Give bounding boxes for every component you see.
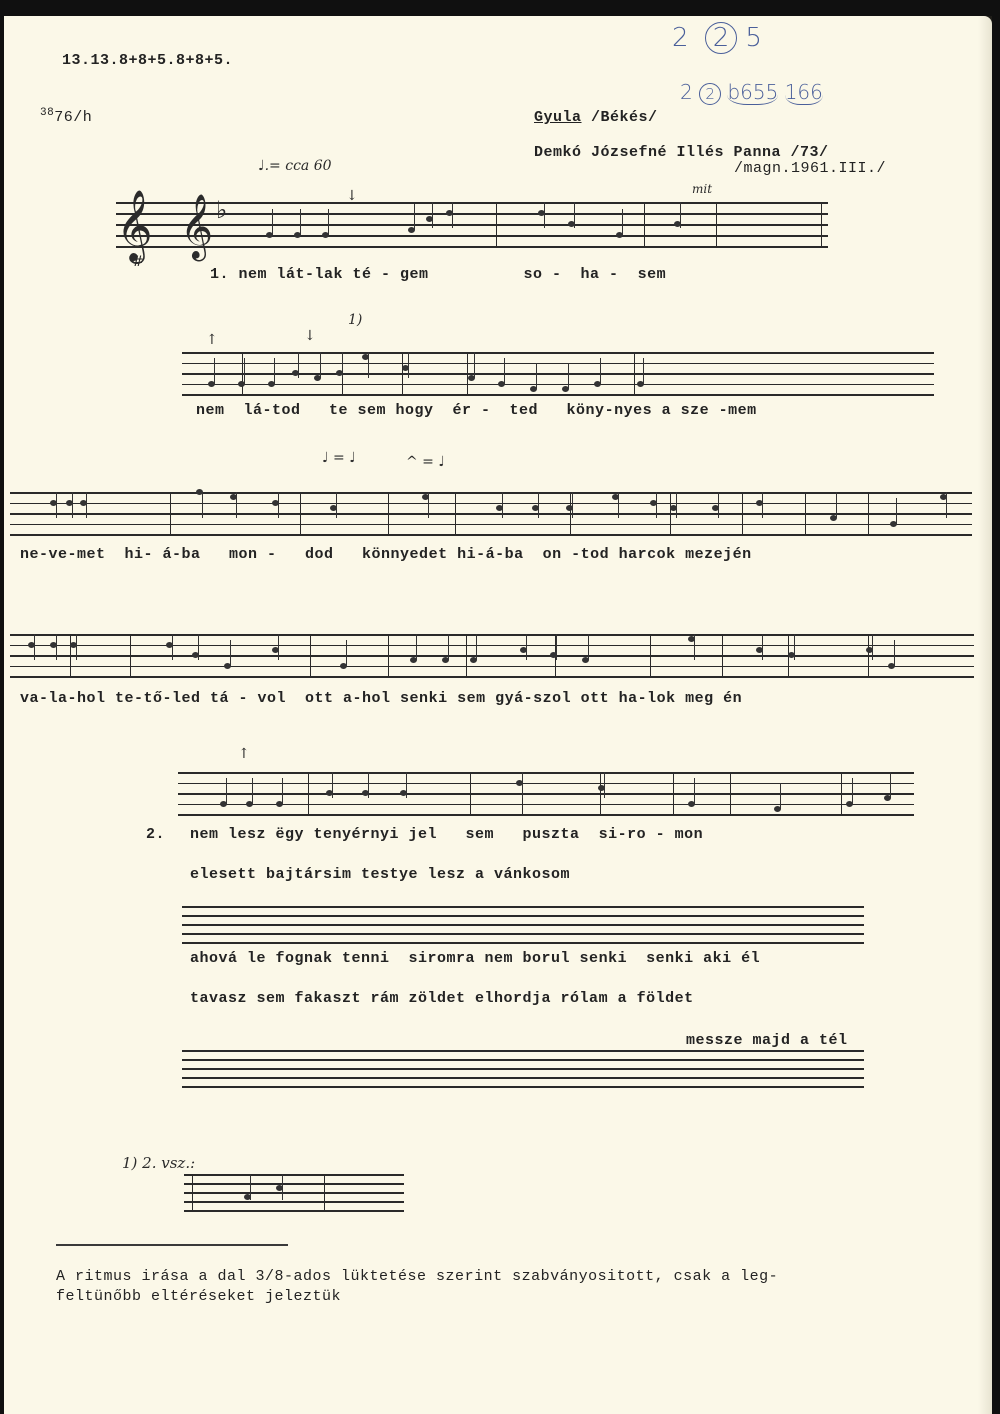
staff-line — [116, 235, 828, 237]
note-stem — [872, 634, 873, 660]
barline — [805, 492, 806, 534]
staff-line — [10, 492, 972, 494]
barline — [466, 634, 467, 676]
score-page: 13.13.8+8+5.8+8+5. 3876/h 2 2 5 2 2 b655… — [4, 16, 992, 1414]
note-stem — [342, 352, 343, 378]
note-stem — [694, 634, 695, 660]
note-stem — [416, 634, 417, 660]
staff-line — [184, 1201, 404, 1203]
note-stem — [762, 492, 763, 518]
note-stem — [56, 634, 57, 660]
note-stem — [278, 492, 279, 518]
sharp-icon: # — [132, 254, 144, 270]
staff-3 — [10, 492, 972, 534]
handwritten-mark: mit — [692, 182, 712, 196]
note-stem — [618, 492, 619, 518]
place-name: Gyula — [534, 109, 582, 126]
note-stem — [504, 358, 505, 384]
lyrics-line-5: nem lesz ëgy tenyérnyi jel sem puszta si… — [190, 826, 703, 843]
note-stem — [214, 358, 215, 384]
staff-line — [178, 783, 914, 785]
staff-line — [182, 1068, 864, 1070]
note-stem — [414, 204, 415, 230]
county-name: /Békés/ — [582, 109, 658, 126]
note-stem — [428, 492, 429, 518]
note-stem — [538, 492, 539, 518]
staff-line — [182, 942, 864, 944]
barline — [402, 352, 403, 394]
note-stem — [794, 634, 795, 660]
barline — [722, 634, 723, 676]
note-stem — [202, 492, 203, 518]
barline — [130, 634, 131, 676]
note-stem — [432, 202, 433, 228]
empty-staff-2 — [182, 1050, 864, 1086]
barline — [868, 492, 869, 534]
note-stem — [536, 363, 537, 389]
note-stem — [408, 352, 409, 378]
note-stem — [230, 640, 231, 666]
note-stem — [300, 209, 301, 235]
staff-line — [10, 676, 974, 678]
note-stem — [282, 778, 283, 804]
note-stem — [274, 358, 275, 384]
archive-code-f: 166 — [785, 80, 823, 105]
note-stem — [568, 363, 569, 389]
staff-line — [184, 1192, 404, 1194]
lyrics-line-4: va-la-hol te-tő-led tá - vol ott a-hol s… — [20, 690, 742, 707]
archive-code-e: b655 — [727, 80, 778, 105]
note-stem — [452, 202, 453, 228]
note-stem — [226, 778, 227, 804]
staff-5 — [178, 772, 914, 814]
note-stem — [946, 492, 947, 518]
note-stem — [278, 634, 279, 660]
archive-code-a: 2 — [672, 23, 689, 53]
staff-line — [10, 645, 974, 647]
barline — [310, 634, 311, 676]
note-stem — [588, 634, 589, 660]
note-stem — [250, 1174, 251, 1200]
verse2-line-3: tavasz sem fakaszt rám zöldet elhordja r… — [190, 990, 694, 1007]
treble-clef-icon: 𝄞 — [180, 194, 213, 260]
note-stem — [336, 492, 337, 518]
place-line: Gyula /Békés/ — [534, 109, 658, 126]
archive-code-d: 2 — [680, 80, 693, 104]
staff-line — [182, 906, 864, 908]
note-stem — [836, 492, 837, 518]
catalog-sup: 38 — [40, 107, 54, 119]
note-stem — [762, 634, 763, 660]
note-stem — [236, 492, 237, 518]
staff-line — [184, 1174, 404, 1176]
barline — [841, 772, 842, 814]
verse2-line-1: elesett bajtársim testye lesz a vánkosom — [190, 866, 570, 883]
tempo-equivalence-1: ♩ = ♩ — [322, 450, 356, 466]
staff-line — [116, 246, 828, 248]
note-stem — [448, 634, 449, 660]
footnote-line-1: A ritmus irása a dal 3/8-ados lüktetése … — [56, 1268, 778, 1285]
note-stem — [526, 634, 527, 660]
staff-line — [116, 224, 828, 226]
flat-icon: ♭ — [216, 196, 227, 224]
barline — [308, 772, 309, 814]
staff-line — [182, 1077, 864, 1079]
barline — [388, 634, 389, 676]
note-stem — [572, 492, 573, 518]
note-stem — [298, 352, 299, 378]
barline — [673, 772, 674, 814]
note-stem — [368, 772, 369, 798]
note-stem — [718, 492, 719, 518]
note-stem — [252, 778, 253, 804]
note-stem — [320, 352, 321, 378]
note-stem — [574, 202, 575, 228]
note-stem — [476, 634, 477, 660]
staff-line — [10, 524, 972, 526]
staff-line — [178, 793, 914, 795]
tempo-marking: ♩.= cca 60 — [258, 158, 332, 174]
note-stem — [406, 772, 407, 798]
note-stem — [282, 1174, 283, 1200]
note-stem — [34, 634, 35, 660]
note-stem — [622, 209, 623, 235]
note-stem — [198, 634, 199, 660]
performer-name: Demkó Józsefné Illés Panna /73/ — [534, 144, 829, 161]
staff-line — [178, 772, 914, 774]
arrow-down-icon: ↓ — [304, 328, 316, 344]
note-stem — [56, 492, 57, 518]
staff-line — [182, 384, 934, 386]
note-stem — [368, 352, 369, 378]
barline — [496, 202, 497, 246]
lyrics-line-3: ne-ve-met hi- á-ba mon - dod könnyedet h… — [20, 546, 752, 563]
footnote-ref: 1) — [348, 312, 362, 328]
archive-code-circled-small: 2 — [699, 83, 721, 105]
staff-line — [182, 1086, 864, 1088]
staff-line — [10, 655, 974, 657]
note-stem — [676, 492, 677, 518]
note-stem — [72, 492, 73, 518]
barline — [650, 634, 651, 676]
staff-line — [10, 503, 972, 505]
note-stem — [604, 772, 605, 798]
barline — [170, 492, 171, 534]
arrow-up-icon: ↑ — [206, 332, 218, 348]
note-stem — [474, 352, 475, 378]
staff-line — [178, 804, 914, 806]
lyrics-line-1: 1. nem lát-lak té - gem so - ha - sem — [210, 266, 666, 283]
staff-line — [182, 915, 864, 917]
note-stem — [172, 634, 173, 660]
footnote-variant-staff — [184, 1174, 404, 1210]
empty-staff-1 — [182, 906, 864, 942]
treble-clef-icon: 𝄞 — [116, 188, 153, 262]
note-stem — [522, 772, 523, 798]
staff-line — [182, 363, 934, 365]
note-stem — [600, 358, 601, 384]
archive-code-circled: 2 — [705, 22, 737, 54]
note-stem — [896, 498, 897, 524]
footnote-line-2: feltünőbb eltéréseket jeleztük — [56, 1288, 341, 1305]
tempo-equivalence-2: ^ = ♩ — [406, 454, 445, 470]
arrow-down-icon: ↓ — [346, 188, 358, 204]
note-stem — [852, 778, 853, 804]
barline — [70, 634, 71, 676]
verse2-line-2: ahová le fognak tenni siromra nem borul … — [190, 950, 760, 967]
barline — [470, 772, 471, 814]
barline — [600, 772, 601, 814]
barline — [868, 634, 869, 676]
archive-code-line2: 2 2 b655 166 — [680, 80, 823, 105]
barline — [300, 492, 301, 534]
verse2-line-4: messze majd a tél — [686, 1032, 848, 1049]
staff-line — [184, 1210, 404, 1212]
barline — [821, 202, 822, 246]
footnote-rule — [56, 1244, 288, 1246]
barline — [467, 352, 468, 394]
staff-line — [182, 1059, 864, 1061]
catalog-rest: 76/h — [54, 109, 92, 126]
barline — [716, 202, 717, 246]
staff-line — [10, 634, 974, 636]
barline — [730, 772, 731, 814]
staff-line — [10, 513, 972, 515]
staff-line — [182, 352, 934, 354]
verse-number: 2. — [146, 826, 165, 843]
barline — [742, 492, 743, 534]
barline — [388, 492, 389, 534]
note-stem — [556, 634, 557, 660]
barline — [455, 492, 456, 534]
staff-2 — [182, 352, 934, 394]
arrow-up-icon: ↑ — [238, 746, 250, 762]
recording-date: /magn.1961.III./ — [734, 160, 886, 177]
note-stem — [694, 778, 695, 804]
note-stem — [780, 783, 781, 809]
barline — [634, 352, 635, 394]
note-stem — [86, 492, 87, 518]
note-stem — [656, 492, 657, 518]
note-stem — [328, 209, 329, 235]
note-stem — [502, 492, 503, 518]
barline — [644, 202, 645, 246]
staff-line — [184, 1183, 404, 1185]
note-stem — [76, 634, 77, 660]
note-stem — [346, 640, 347, 666]
staff-line — [182, 933, 864, 935]
note-stem — [272, 209, 273, 235]
catalog-number: 3876/h — [40, 107, 92, 126]
barline — [670, 492, 671, 534]
archive-code-c: 5 — [745, 23, 762, 53]
lyrics-line-2: nem lá-tod te sem hogy ér - ted köny-nye… — [196, 402, 757, 419]
note-stem — [244, 358, 245, 384]
staff-4 — [10, 634, 974, 676]
archive-code-line1: 2 2 5 — [672, 22, 762, 54]
staff-line — [182, 394, 934, 396]
note-stem — [894, 640, 895, 666]
meter-pattern: 13.13.8+8+5.8+8+5. — [62, 52, 233, 69]
staff-line — [178, 814, 914, 816]
footnote-variant-label: 1) 2. vsz.: — [122, 1154, 195, 1172]
barline — [192, 1174, 193, 1210]
staff-line — [182, 924, 864, 926]
note-stem — [332, 772, 333, 798]
note-stem — [890, 772, 891, 798]
staff-line — [10, 534, 972, 536]
note-stem — [544, 202, 545, 228]
note-stem — [643, 358, 644, 384]
staff-line — [10, 666, 974, 668]
staff-line — [182, 1050, 864, 1052]
barline — [324, 1174, 325, 1210]
note-stem — [680, 202, 681, 228]
